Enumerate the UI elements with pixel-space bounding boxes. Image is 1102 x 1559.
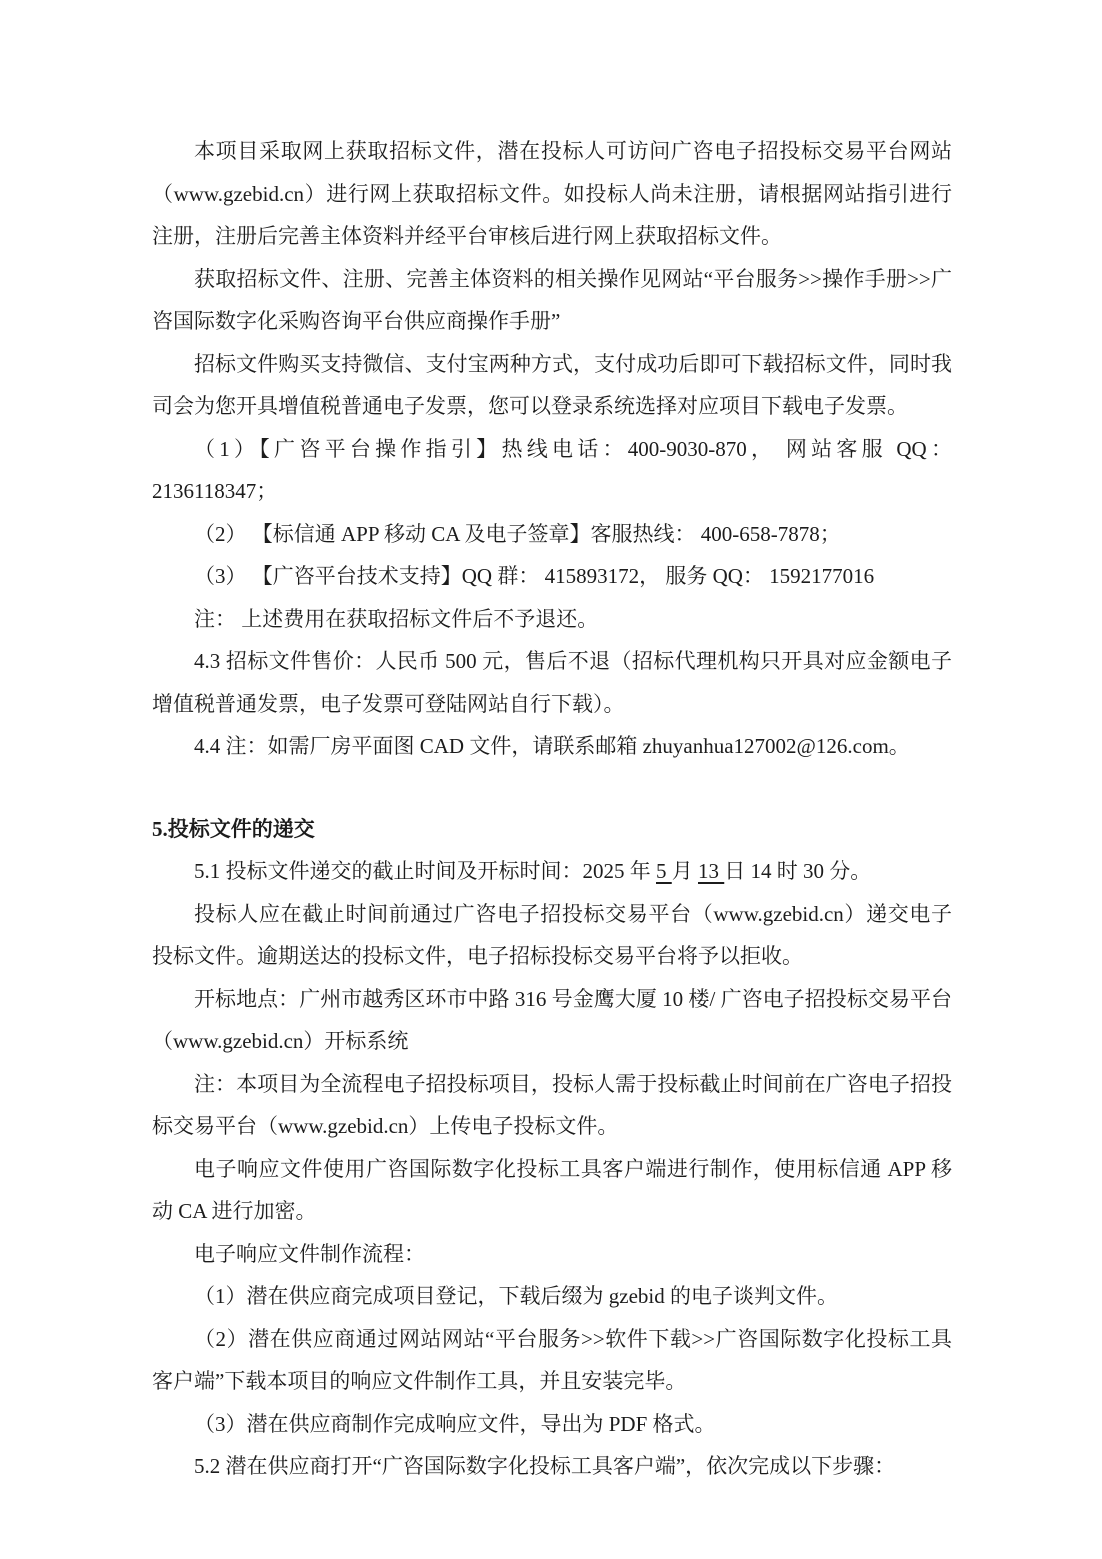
paragraph-flow-step-1: （1）潜在供应商完成项目登记，下载后缀为 gzebid 的电子谈判文件。 bbox=[152, 1275, 952, 1318]
paragraph-flow-step-3: （3）潜在供应商制作完成响应文件，导出为 PDF 格式。 bbox=[152, 1403, 952, 1446]
paragraph-response-file-tool: 电子响应文件使用广咨国际数字化投标工具客户端进行制作，使用标信通 APP 移动 … bbox=[152, 1148, 952, 1233]
paragraph-hotline-1: （1）【广咨平台操作指引】热线电话：400-9030-870， 网站客服 QQ：… bbox=[152, 428, 952, 513]
section5-heading: 5.投标文件的递交 bbox=[152, 808, 952, 851]
paragraph-full-process-note: 注：本项目为全流程电子招投标项目，投标人需于投标截止时间前在广咨电子招投标交易平… bbox=[152, 1063, 952, 1148]
paragraph-submit-platform: 投标人应在截止时间前通过广咨电子招投标交易平台（www.gzebid.cn）递交… bbox=[152, 893, 952, 978]
paragraph-online-obtain: 本项目采取网上获取招标文件，潜在投标人可访问广咨电子招投标交易平台网站（www.… bbox=[152, 130, 952, 258]
paragraph-production-flow-title: 电子响应文件制作流程： bbox=[152, 1233, 952, 1276]
paragraph-4-3-price: 4.3 招标文件售价：人民币 500 元，售后不退（招标代理机构只开具对应金额电… bbox=[152, 640, 952, 725]
paragraph-5-1-deadline: 5.1 投标文件递交的截止时间及开标时间：2025 年 5 月 13 日 14 … bbox=[152, 850, 952, 893]
paragraph-5-2-steps: 5.2 潜在供应商打开“广咨国际数字化投标工具客户端”，依次完成以下步骤： bbox=[152, 1445, 952, 1488]
paragraph-hotline-3: （3） 【广咨平台技术支持】QQ 群： 415893172， 服务 QQ： 15… bbox=[152, 555, 952, 598]
deadline-month-underlined: 5 bbox=[656, 859, 672, 883]
paragraph-4-4-cad-note: 4.4 注：如需厂房平面图 CAD 文件，请联系邮箱 zhuyanhua1270… bbox=[152, 725, 952, 768]
document-page: 本项目采取网上获取招标文件，潜在投标人可访问广咨电子招投标交易平台网站（www.… bbox=[0, 0, 1102, 1559]
paragraph-hotline-2: （2） 【标信通 APP 移动 CA 及电子签章】客服热线： 400-658-7… bbox=[152, 513, 952, 556]
paragraph-fee-note: 注： 上述费用在获取招标文件后不予退还。 bbox=[152, 598, 952, 641]
deadline-separator: 月 bbox=[672, 859, 698, 883]
paragraph-flow-step-2: （2）潜在供应商通过网站网站“平台服务>>软件下载>>广咨国际数字化投标工具客户… bbox=[152, 1318, 952, 1403]
paragraph-opening-location: 开标地点：广州市越秀区环市中路 316 号金鹰大厦 10 楼/ 广咨电子招投标交… bbox=[152, 978, 952, 1063]
paragraph-operation-manual: 获取招标文件、注册、完善主体资料的相关操作见网站“平台服务>>操作手册>>广咨国… bbox=[152, 258, 952, 343]
deadline-day-underlined: 13 bbox=[698, 859, 724, 883]
deadline-suffix: 日 14 时 30 分。 bbox=[724, 859, 871, 883]
deadline-prefix: 5.1 投标文件递交的截止时间及开标时间：2025 年 bbox=[194, 859, 656, 883]
paragraph-payment-methods: 招标文件购买支持微信、支付宝两种方式，支付成功后即可下载招标文件，同时我司会为您… bbox=[152, 343, 952, 428]
